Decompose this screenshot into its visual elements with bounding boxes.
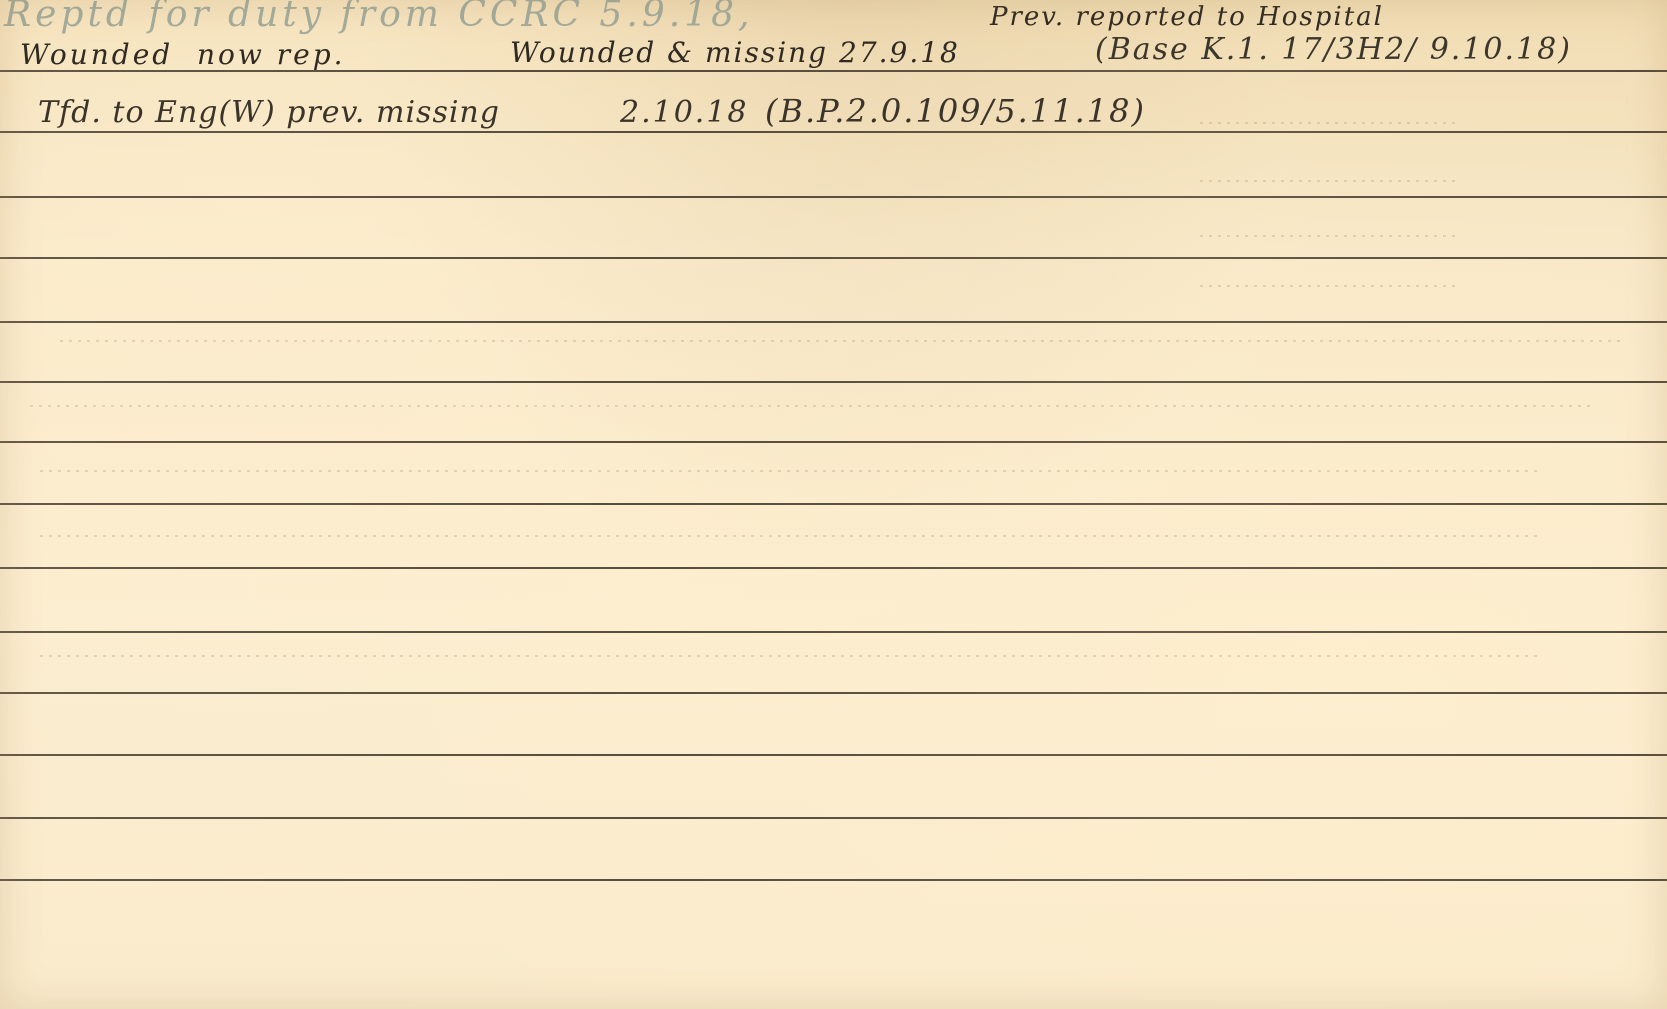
entry-transferred-eng: Tfd. to Eng(W) prev. missing [38, 95, 500, 130]
entry-bp-reference: (B.P.2.0.109/5.11.18) [765, 92, 1146, 130]
ruled-line [0, 817, 1667, 819]
show-through-dots [1200, 235, 1460, 237]
show-through-dots [1200, 180, 1460, 182]
show-through-dots [30, 405, 1590, 407]
entry-prev-reported-hospital: Prev. reported to Hospital [990, 2, 1384, 32]
show-through-dots [1200, 285, 1460, 287]
ruled-line [0, 754, 1667, 756]
ruled-line [0, 631, 1667, 633]
ruled-line [0, 196, 1667, 198]
ruled-line [0, 257, 1667, 259]
show-through-dots [40, 655, 1540, 657]
show-through-dots [1200, 122, 1460, 124]
ruled-line [0, 441, 1667, 443]
show-through-dots [60, 340, 1620, 342]
ruled-line [0, 131, 1667, 133]
ruled-line [0, 321, 1667, 323]
entry-wounded-now-rep: Wounded now rep. [20, 38, 346, 71]
casualty-record-card: Reptd for duty from CCRC 5.9.18, Prev. r… [0, 0, 1667, 1009]
ruled-line [0, 879, 1667, 881]
ruled-line [0, 567, 1667, 569]
entry-missing-date: 2.10.18 [620, 95, 749, 130]
entry-base-reference: (Base K.1. 17/3H2/ 9.10.18) [1095, 32, 1572, 67]
entry-reported-for-duty: Reptd for duty from CCRC 5.9.18, [4, 0, 753, 35]
ruled-line [0, 692, 1667, 694]
show-through-dots [40, 470, 1540, 472]
ruled-line [0, 503, 1667, 505]
entry-wounded-missing-date: Wounded & missing 27.9.18 [510, 36, 960, 69]
show-through-dots [40, 535, 1540, 537]
ruled-line [0, 381, 1667, 383]
